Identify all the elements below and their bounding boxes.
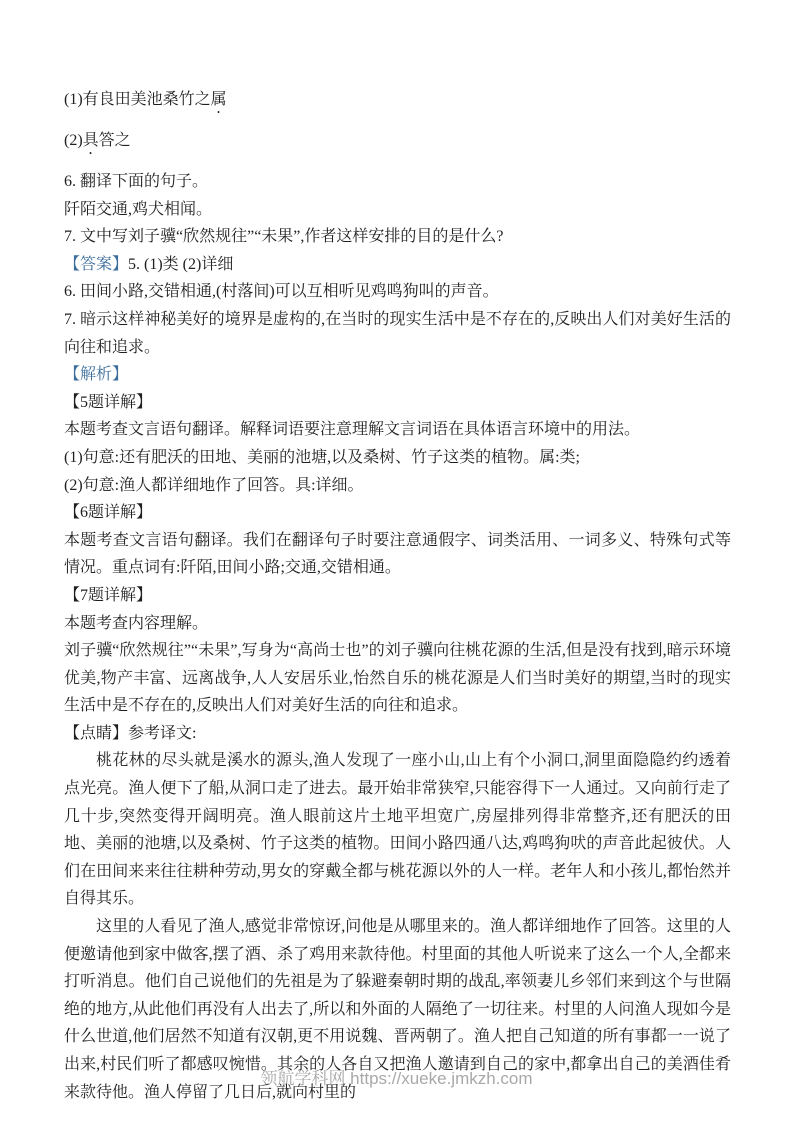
sub-question-2-emphasized-word: 具	[83, 132, 99, 149]
sub-question-2-post: 答之	[99, 132, 131, 149]
answer-line-5: 【答案】5. (1)类 (2)详细	[64, 251, 731, 279]
detail-7-body: 刘子骥“欣然规往”“未果”,写身为“高尚士也”的刘子骥向往桃花源的生活,但是没有…	[64, 637, 731, 720]
answer-line-6: 6. 田间小路,交错相通,(村落间)可以互相听见鸡鸣狗叫的声音。	[64, 278, 731, 306]
detail-6-body: 本题考查文言语句翻译。我们在翻译句子时要注意通假字、词类活用、一词多义、特殊句式…	[64, 527, 731, 582]
translation-paragraph-1: 桃花林的尽头就是溪水的源头,渔人发现了一座小山,山上有个小洞口,洞里面隐隐约约透…	[64, 747, 731, 913]
sub-question-1: (1)有良田美池桑竹之属	[64, 86, 731, 117]
answer-5-text: 5. (1)类 (2)详细	[128, 256, 233, 273]
sub-question-1-pre: (1)有良田美池桑竹之	[64, 91, 211, 108]
answer-line-7: 7. 暗示这样神秘美好的境界是虚构的,在当时的现实生活中是不存在的,反映出人们对…	[64, 306, 731, 361]
detail-5-paragraph-2: (1)句意:还有肥沃的田地、美丽的池塘,以及桑树、竹子这类的植物。属:类;	[64, 444, 731, 472]
analysis-marker: 【解析】	[64, 366, 128, 383]
detail-5-paragraph-1: 本题考查文言语句翻译。解释词语要注意理解文言词语在具体语言环境中的用法。	[64, 416, 731, 444]
sub-question-2-pre: (2)	[64, 132, 83, 149]
detail-7-paragraph-1: 本题考查内容理解。	[64, 610, 731, 638]
sub-question-1-emphasized-word: 属	[211, 91, 227, 108]
detail-6-heading: 【6题详解】	[64, 499, 731, 527]
analysis-marker-line: 【解析】	[64, 361, 731, 389]
highlight-heading: 【点睛】参考译文:	[64, 720, 731, 748]
detail-5-heading: 【5题详解】	[64, 389, 731, 417]
answer-marker: 【答案】	[64, 256, 128, 273]
site-watermark: 领航学科网 https://xueke.jmkzh.com	[0, 1064, 793, 1089]
question-6: 6. 翻译下面的句子。	[64, 168, 731, 196]
detail-5-paragraph-3: (2)句意:渔人都详细地作了回答。具:详细。	[64, 472, 731, 500]
detail-7-heading: 【7题详解】	[64, 582, 731, 610]
document-content: (1)有良田美池桑竹之属 (2)具答之 6. 翻译下面的句子。 阡陌交通,鸡犬相…	[64, 86, 731, 1106]
sub-question-2: (2)具答之	[64, 127, 731, 158]
question-6-sentence: 阡陌交通,鸡犬相闻。	[64, 196, 731, 224]
question-7: 7. 文中写刘子骥“欣然规往”“未果”,作者这样安排的目的是什么?	[64, 223, 731, 251]
